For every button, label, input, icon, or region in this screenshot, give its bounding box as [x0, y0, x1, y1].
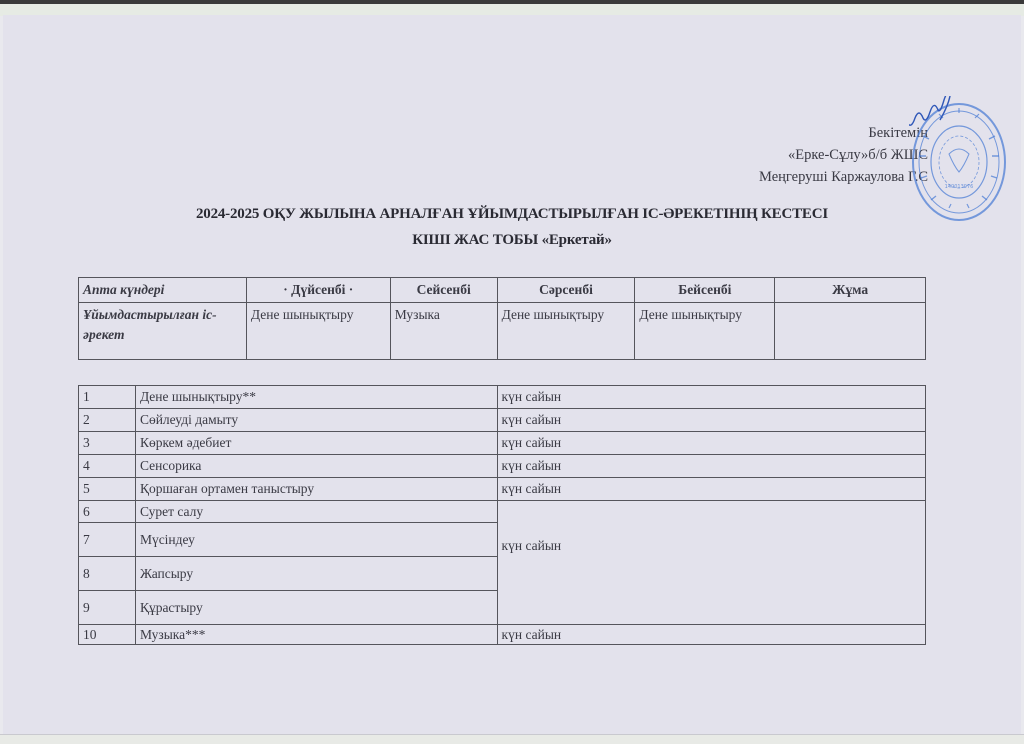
subject-frequency: күн сайын: [497, 432, 925, 455]
header-friday: Жұма: [775, 278, 926, 303]
cell-thursday: Дене шынықтыру: [635, 303, 775, 360]
row-number: 10: [79, 625, 136, 645]
cell-wednesday: Дене шынықтыру: [497, 303, 635, 360]
cell-monday: Дене шынықтыру: [246, 303, 390, 360]
table-row: 5 Қоршаған ортамен таныстыру күн сайын: [79, 478, 926, 501]
row-label-activity: Ұйымдастырылған іс-әрекет: [79, 303, 247, 360]
subject-name: Жапсыру: [135, 557, 497, 591]
subject-frequency: күн сайын: [497, 625, 925, 645]
row-number: 3: [79, 432, 136, 455]
approval-line-org: «Ерке-Сұлу»б/б ЖШС: [759, 144, 928, 166]
document-subtitle: КІШІ ЖАС ТОБЫ «Еркетай»: [0, 232, 1024, 249]
table-row: 2 Сөйлеуді дамыту күн сайын: [79, 409, 926, 432]
svg-text:140013976: 140013976: [945, 184, 974, 190]
subject-frequency: күн сайын: [497, 478, 925, 501]
subject-name: Мүсіндеу: [135, 523, 497, 557]
schedule-header-row: Апта күндері · Дүйсенбі · Сейсенбі Сәрсе…: [79, 278, 926, 303]
table-row: 10 Музыка*** күн сайын: [79, 625, 926, 645]
subject-name: Қоршаған ортамен таныстыру: [135, 478, 497, 501]
header-tuesday: Сейсенбі: [390, 278, 497, 303]
subject-name: Сенсорика: [135, 455, 497, 478]
row-number: 6: [79, 501, 136, 523]
row-number: 7: [79, 523, 136, 557]
subject-name: Сөйлеуді дамыту: [135, 409, 497, 432]
header-wednesday: Сәрсенбі: [497, 278, 635, 303]
table-row: 6 Сурет салу күн сайын: [79, 501, 926, 523]
row-number: 4: [79, 455, 136, 478]
subject-name: Музыка***: [135, 625, 497, 645]
weekly-schedule-table: Апта күндері · Дүйсенбі · Сейсенбі Сәрсе…: [78, 277, 926, 360]
official-seal-icon: 140013976: [909, 96, 1007, 224]
row-number: 5: [79, 478, 136, 501]
header-thursday: Бейсенбі: [635, 278, 775, 303]
document-title: 2024-2025 ОҚУ ЖЫЛЫНА АРНАЛҒАН ҰЙЫМДАСТЫР…: [0, 206, 1024, 223]
table-row: 4 Сенсорика күн сайын: [79, 455, 926, 478]
signature-icon: [909, 96, 950, 130]
approval-line-head: Меңгеруші Каржаулова Г.С: [759, 166, 928, 188]
table-row: 1 Дене шынықтыру** күн сайын: [79, 386, 926, 409]
row-number: 2: [79, 409, 136, 432]
subject-frequency: күн сайын: [497, 455, 925, 478]
header-monday: · Дүйсенбі ·: [246, 278, 390, 303]
subject-name: Көркем әдебиет: [135, 432, 497, 455]
subject-frequency-merged: күн сайын: [497, 501, 925, 625]
row-number: 1: [79, 386, 136, 409]
row-number: 8: [79, 557, 136, 591]
subject-frequency: күн сайын: [497, 409, 925, 432]
subject-frequency: күн сайын: [502, 535, 921, 557]
cell-tuesday: Музыка: [390, 303, 497, 360]
subject-frequency: күн сайын: [497, 386, 925, 409]
subject-name: Сурет салу: [135, 501, 497, 523]
table-row: 3 Көркем әдебиет күн сайын: [79, 432, 926, 455]
approval-block: Бекітемін «Ерке-Сұлу»б/б ЖШС Меңгеруші К…: [759, 122, 928, 188]
subject-name: Құрастыру: [135, 591, 497, 625]
row-number: 9: [79, 591, 136, 625]
subjects-frequency-table: 1 Дене шынықтыру** күн сайын 2 Сөйлеуді …: [78, 385, 926, 645]
cell-friday: [775, 303, 926, 360]
approval-line-approve: Бекітемін: [759, 122, 928, 144]
subject-name: Дене шынықтыру**: [135, 386, 497, 409]
scan-edge-bottom: [0, 734, 1024, 744]
schedule-activity-row: Ұйымдастырылған іс-әрекет Дене шынықтыру…: [79, 303, 926, 360]
header-weekdays: Апта күндері: [79, 278, 247, 303]
